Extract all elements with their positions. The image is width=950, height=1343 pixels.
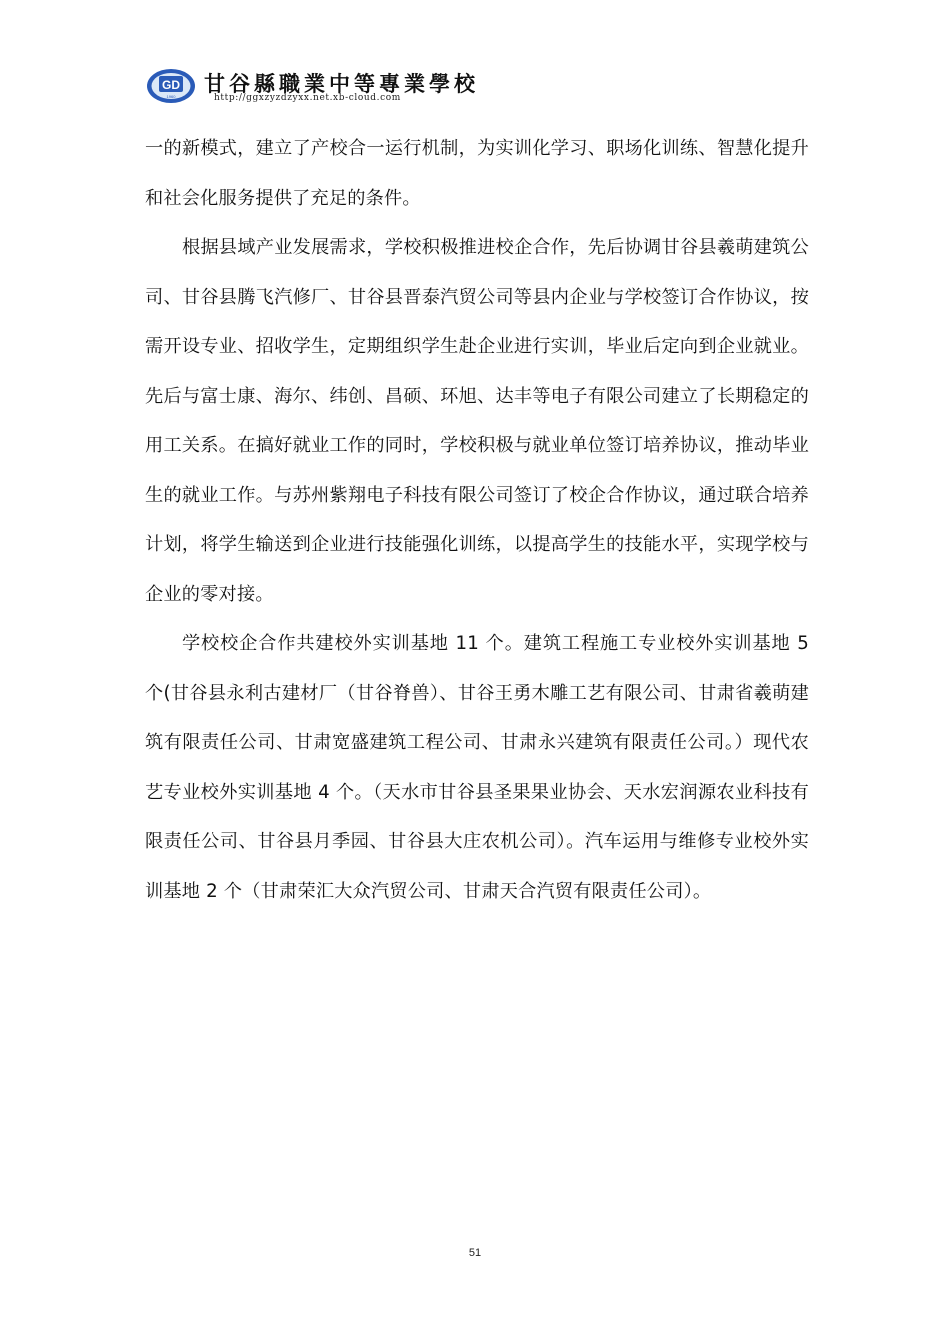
svg-text:GD: GD: [162, 78, 180, 92]
paragraph-3: 学校校企合作共建校外实训基地 11 个。建筑工程施工专业校外实训基地 5 个(甘…: [145, 619, 809, 916]
svg-text:1960: 1960: [167, 94, 177, 99]
document-header: GD 1960 甘谷縣職業中等專業學校 http://ggxzyzdzyxx.n…: [146, 66, 486, 108]
school-url: http://ggxzyzdzyxx.net.xb-cloud.com: [214, 93, 401, 103]
paragraph-1: 一的新模式，建立了产校合一运行机制，为实训化学习、职场化训练、智慧化提升和社会化…: [145, 124, 809, 223]
page-number: 51: [0, 1247, 950, 1259]
document-body: 一的新模式，建立了产校合一运行机制，为实训化学习、职场化训练、智慧化提升和社会化…: [145, 124, 809, 916]
paragraph-2: 根据县域产业发展需求，学校积极推进校企合作，先后协调甘谷县羲萌建筑公司、甘谷县腾…: [145, 223, 809, 619]
school-emblem-icon: GD 1960: [146, 68, 196, 104]
